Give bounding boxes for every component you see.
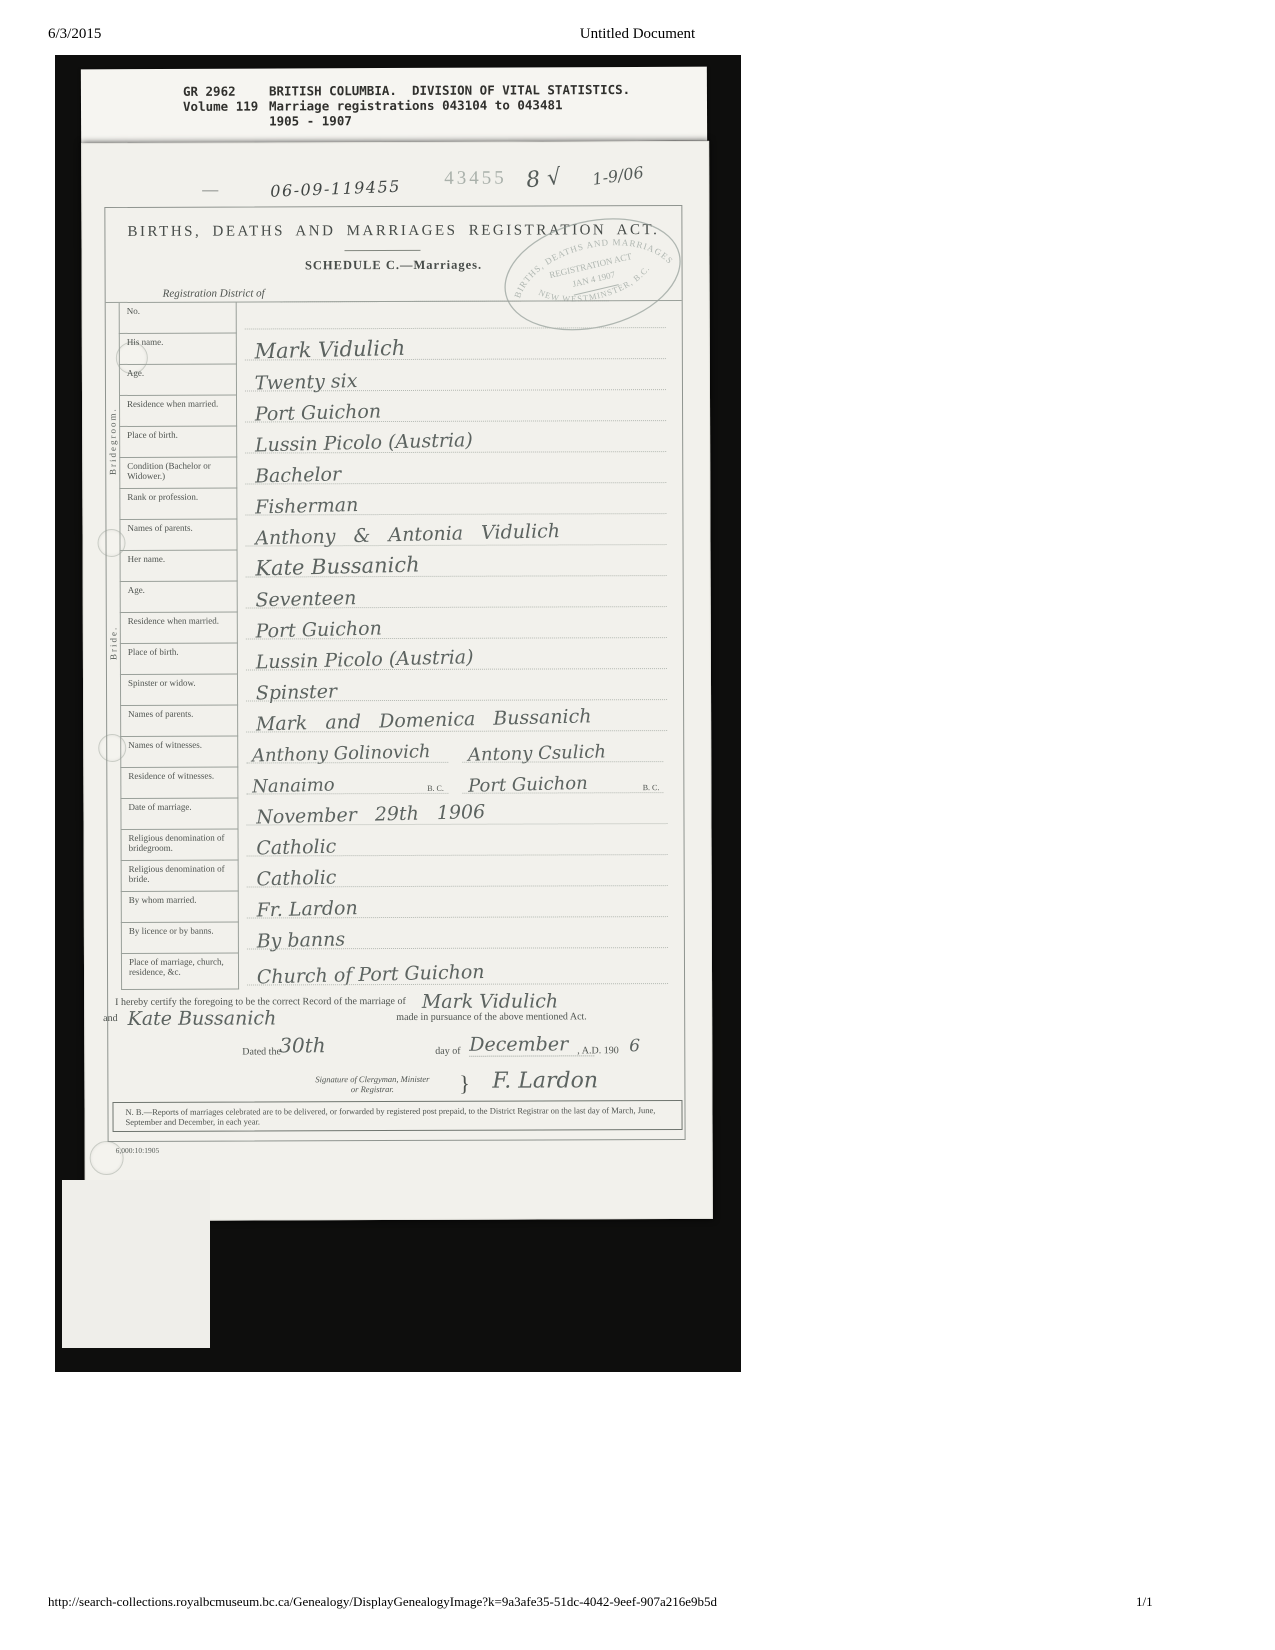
- scanned-image: GR 2962Volume 119 BRITISH COLUMBIA. DIVI…: [55, 55, 741, 1372]
- printer-code: 6,000:10:1905: [116, 1146, 160, 1155]
- field-label: Residence of witnesses.: [120, 768, 238, 799]
- field-value: By banns: [239, 921, 670, 954]
- print-header-title: Untitled Document: [0, 26, 1275, 43]
- row-licence-banns: By licence or by banns. By banns: [108, 921, 684, 954]
- row-bride-residence: Residence when married. Port Guichon: [107, 611, 683, 644]
- row-groom-residence: Residence when married. Port Guichon: [106, 394, 682, 427]
- file-number-annotation: 06-09-119455: [270, 177, 401, 201]
- bc-printed-label: B. C.: [643, 783, 660, 792]
- signature-brace: }: [459, 1071, 470, 1097]
- row-witness-names: Names of witnesses. Anthony Golinovich A…: [107, 735, 683, 768]
- field-value: Twenty six: [237, 363, 668, 396]
- field-label: Her name.: [120, 551, 238, 582]
- ad-year-label: , A.D. 190: [577, 1045, 618, 1056]
- pencil-check-annotation: 8 √: [525, 165, 563, 194]
- field-label: Condition (Bachelor or Widower.): [119, 458, 237, 489]
- row-groom-parents: Names of parents. Anthony & Antonia Vidu…: [106, 518, 682, 551]
- form-rows: No. His name. Mark Vidulich Age. Twenty …: [106, 300, 684, 990]
- field-label: Names of witnesses.: [120, 737, 238, 768]
- field-value: Mark and Domenica Bussanich: [238, 704, 669, 737]
- field-value: Kate Bussanich: [238, 549, 669, 582]
- field-label: Names of parents.: [119, 520, 237, 551]
- certification-line-2: andKate Bussanichmade in pursuance of th…: [103, 1006, 587, 1030]
- bc-printed-label: B. C.: [427, 784, 444, 793]
- print-footer-url: http://search-collections.royalbcmuseum.…: [48, 1594, 717, 1610]
- field-label: Residence when married.: [119, 396, 237, 427]
- field-value: Bachelor: [237, 456, 668, 489]
- field-label: Rank or profession.: [119, 489, 237, 520]
- field-label: Place of birth.: [119, 427, 237, 458]
- row-bride-name: Her name. Kate Bussanich: [107, 549, 683, 582]
- field-value: Lussin Picolo (Austria): [238, 642, 669, 675]
- row-denomination-bride: Religious denomination of bride. Catholi…: [108, 859, 684, 892]
- field-value: Lussin Picolo (Austria): [237, 425, 668, 458]
- field-value: [237, 301, 668, 334]
- field-label: By whom married.: [121, 892, 239, 923]
- row-number: No.: [106, 301, 682, 334]
- row-witness-residences: Residence of witnesses. NanaimoB. C. Por…: [107, 766, 683, 799]
- field-value: Catholic: [239, 859, 670, 892]
- witness-2-name: Antony Csulich: [454, 735, 670, 767]
- field-label: Residence when married.: [120, 613, 238, 644]
- row-groom-age: Age. Twenty six: [106, 363, 682, 396]
- dated-day-handwritten: 30th: [279, 1033, 325, 1057]
- witness-1-residence: NanaimoB. C.: [238, 767, 454, 799]
- field-value: Seventeen: [238, 580, 669, 613]
- nb-note: N. B.—Reports of marriages celebrated ar…: [112, 1100, 682, 1132]
- witness-2-residence: Port GuichonB. C.: [454, 766, 670, 798]
- witness-1-name: Anthony Golinovich: [238, 736, 454, 768]
- pencil-date-annotation: 1-9/06: [591, 163, 645, 189]
- field-label: Spinster or widow.: [120, 675, 238, 706]
- field-label: His name.: [119, 334, 237, 365]
- field-label: Names of parents.: [120, 706, 238, 737]
- row-groom-condition: Condition (Bachelor or Widower.) Bachelo…: [106, 456, 682, 489]
- field-value: Mark Vidulich: [237, 332, 668, 365]
- scan-white-patch: [62, 1180, 210, 1348]
- field-value: Church of Port Guichon: [239, 952, 670, 990]
- field-label: Religious denomination of bridegroom.: [121, 830, 239, 861]
- field-label: Place of marriage, church, residence, &c…: [121, 954, 239, 990]
- dated-line: Dated the 30th day of December , A.D. 19…: [107, 1032, 685, 1060]
- field-label: No.: [119, 303, 237, 334]
- day-of-label: day of: [435, 1046, 460, 1057]
- archive-label: GR 2962Volume 119 BRITISH COLUMBIA. DIVI…: [81, 67, 707, 144]
- row-marriage-place: Place of marriage, church, residence, &c…: [108, 952, 684, 990]
- field-value: Fr. Lardon: [239, 890, 670, 923]
- field-label: Age.: [120, 582, 238, 613]
- district-label: Registration District of: [163, 287, 265, 299]
- certified-bride-name: Kate Bussanich: [128, 1007, 277, 1030]
- pursuance-printed-text: made in pursuance of the above mentioned…: [396, 1011, 587, 1023]
- field-value: Anthony & Antonia Vidulich: [237, 518, 668, 551]
- clergyman-signature: F. Lardon: [492, 1068, 598, 1093]
- field-value: Spinster: [238, 673, 669, 706]
- dated-label: Dated the: [242, 1046, 281, 1057]
- field-label: Place of birth.: [120, 644, 238, 675]
- field-value: NanaimoB. C. Port GuichonB. C.: [238, 766, 669, 799]
- row-bride-age: Age. Seventeen: [107, 580, 683, 613]
- row-bride-birthplace: Place of birth. Lussin Picolo (Austria): [107, 642, 683, 675]
- row-groom-name: His name. Mark Vidulich: [106, 332, 682, 365]
- signature-line: Signature of Clergyman, Minister or Regi…: [107, 1068, 685, 1104]
- field-label: Religious denomination of bride.: [121, 861, 239, 892]
- field-value: Fisherman: [237, 487, 668, 520]
- row-bride-parents: Names of parents. Mark and Domenica Buss…: [107, 704, 683, 737]
- stamped-number: 43455: [444, 168, 507, 190]
- field-value: Port Guichon: [238, 611, 669, 644]
- row-marriage-date: Date of marriage. November 29th 1906: [107, 797, 683, 830]
- signature-label: Signature of Clergyman, Minister or Regi…: [287, 1075, 457, 1095]
- registration-form-sheet: — 06-09-119455 43455 8 √ 1-9/06 BIRTHS, …: [81, 141, 713, 1221]
- month-handwritten: December: [469, 1033, 594, 1056]
- field-label: Date of marriage.: [120, 799, 238, 830]
- row-groom-profession: Rank or profession. Fisherman: [106, 487, 682, 520]
- print-footer-page-indicator: 1/1: [1136, 1594, 1153, 1610]
- field-label: Age.: [119, 365, 237, 396]
- archive-reference: GR 2962Volume 119: [183, 84, 258, 114]
- pencil-dash: —: [202, 182, 218, 200]
- row-groom-birthplace: Place of birth. Lussin Picolo (Austria): [106, 425, 682, 458]
- print-preview-page: 6/3/2015 Untitled Document GR 2962Volume…: [0, 0, 1275, 1650]
- field-value: November 29th 1906: [238, 797, 669, 830]
- and-printed-label: and: [103, 1013, 117, 1024]
- field-value: Catholic: [239, 828, 670, 861]
- row-officiant: By whom married. Fr. Lardon: [108, 890, 684, 923]
- row-denomination-groom: Religious denomination of bridegroom. Ca…: [108, 828, 684, 861]
- field-value: Port Guichon: [237, 394, 668, 427]
- field-label: By licence or by banns.: [121, 923, 239, 954]
- archive-description: BRITISH COLUMBIA. DIVISION OF VITAL STAT…: [269, 82, 630, 129]
- row-bride-condition: Spinster or widow. Spinster: [107, 673, 683, 706]
- year-digit-handwritten: 6: [629, 1036, 640, 1056]
- field-value: Anthony Golinovich Antony Csulich: [238, 735, 669, 768]
